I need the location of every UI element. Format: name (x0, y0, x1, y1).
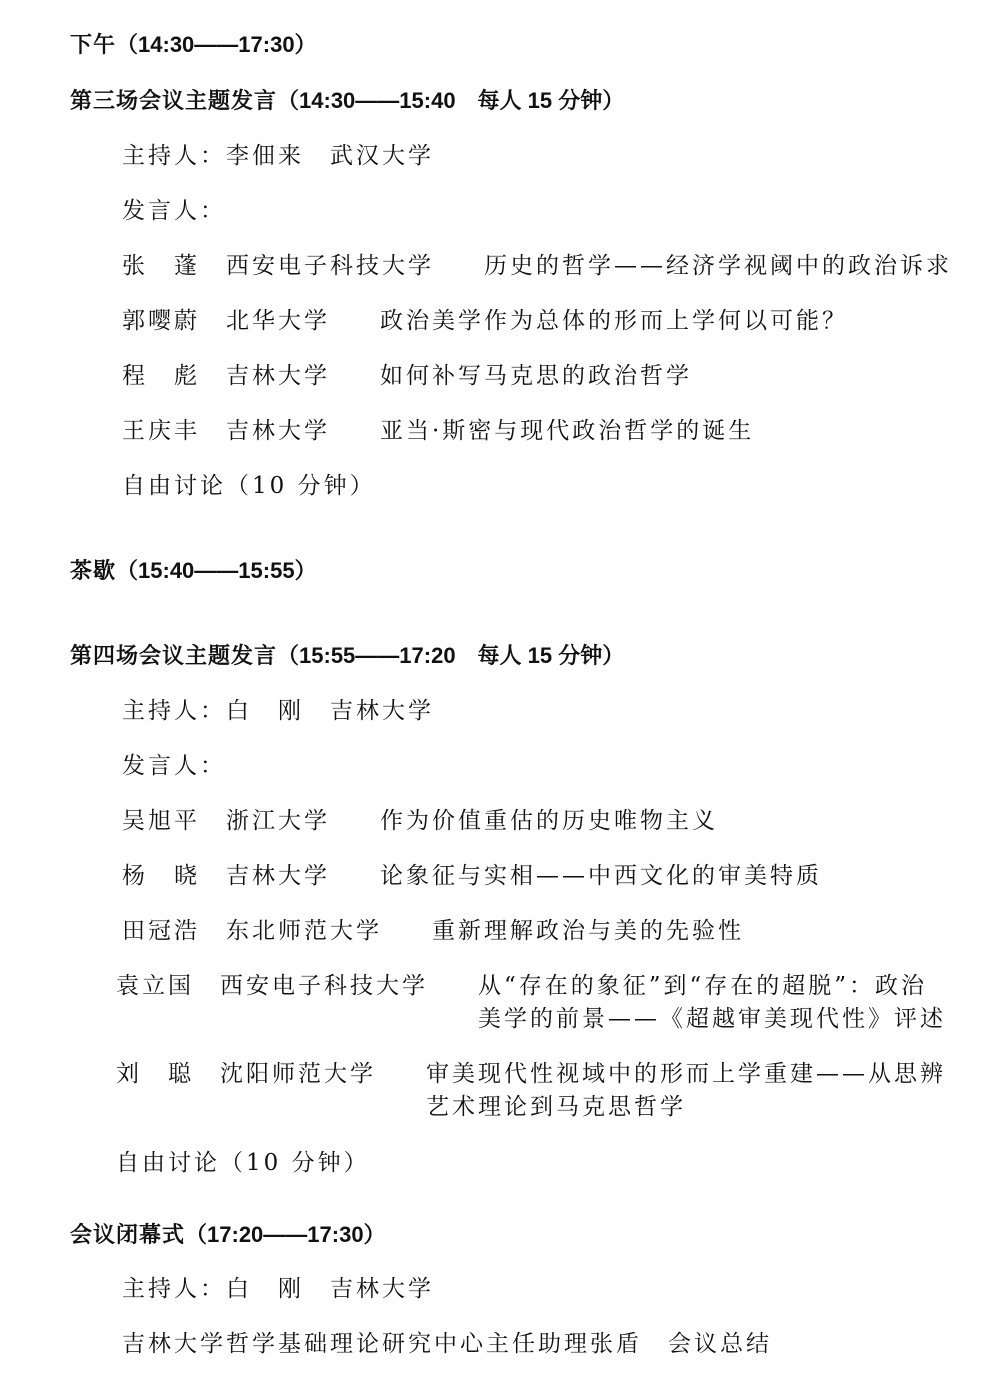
speaker-affiliation: 吉林大学 (226, 861, 330, 891)
session4-host: 主持人：白 刚 吉林大学 (122, 696, 434, 726)
speaker-topic: 重新理解政治与美的先验性 (432, 916, 744, 946)
speaker-affiliation: 吉林大学 (226, 361, 330, 391)
speaker-name: 杨 晓 (122, 861, 200, 891)
closing-title: 会议闭幕式 (70, 1223, 185, 1248)
speaker-name: 田冠浩 (122, 916, 200, 946)
tea-break-label: 茶歇 (70, 559, 116, 584)
session4-time: （15:55——17:20 每人 15 分钟） (277, 643, 624, 668)
speaker-topic-line2: 美学的前景——《超越审美现代性》评述 (478, 1004, 946, 1034)
speaker-topic: 论象征与实相——中西文化的审美特质 (380, 861, 822, 891)
speaker-affiliation: 西安电子科技大学 (226, 251, 434, 281)
speaker-topic: 亚当·斯密与现代政治哲学的诞生 (380, 416, 754, 446)
speaker-topic: 政治美学作为总体的形而上学何以可能？ (380, 306, 848, 336)
speaker-affiliation: 东北师范大学 (226, 916, 382, 946)
speaker-affiliation: 西安电子科技大学 (220, 971, 428, 1001)
closing-heading: 会议闭幕式（17:20——17:30） (70, 1220, 386, 1251)
speaker-topic-line1: 审美现代性视域中的形而上学重建——从思辨 (426, 1059, 946, 1089)
session4-discussion: 自由讨论（10 分钟） (116, 1148, 370, 1178)
tea-break-time: （15:40——15:55） (116, 558, 317, 583)
speaker-affiliation: 沈阳师范大学 (220, 1059, 376, 1089)
speaker-name: 吴旭平 (122, 806, 200, 836)
speaker-name: 程 彪 (122, 361, 200, 391)
session4-speakers-label: 发言人： (122, 751, 226, 781)
session3-time: （14:30——15:40 每人 15 分钟） (277, 88, 624, 113)
speaker-topic: 作为价值重估的历史唯物主义 (380, 806, 718, 836)
afternoon-time: （14:30——17:30） (116, 32, 317, 57)
session3-heading: 第三场会议主题发言（14:30——15:40 每人 15 分钟） (70, 86, 624, 117)
session3-title: 第三场会议主题发言 (70, 89, 277, 114)
closing-time: （17:20——17:30） (185, 1222, 386, 1247)
speaker-name: 袁立国 (116, 971, 194, 1001)
speaker-name: 郭嘤蔚 (122, 306, 200, 336)
tea-break-heading: 茶歇（15:40——15:55） (70, 556, 317, 587)
session4-title: 第四场会议主题发言 (70, 644, 277, 669)
session4-heading: 第四场会议主题发言（15:55——17:20 每人 15 分钟） (70, 641, 624, 672)
speaker-affiliation: 浙江大学 (226, 806, 330, 836)
closing-host: 主持人：白 刚 吉林大学 (122, 1274, 434, 1304)
speaker-topic: 历史的哲学——经济学视阈中的政治诉求 (484, 251, 952, 281)
afternoon-label: 下午 (70, 33, 116, 58)
session3-discussion: 自由讨论（10 分钟） (122, 471, 376, 501)
speaker-topic: 如何补写马克思的政治哲学 (380, 361, 692, 391)
speaker-topic-line2: 艺术理论到马克思哲学 (426, 1092, 686, 1122)
speaker-topic-line1: 从“存在的象征”到“存在的超脱”：政治 (478, 971, 927, 1001)
speaker-name: 王庆丰 (122, 416, 200, 446)
session3-speakers-label: 发言人： (122, 196, 226, 226)
speaker-name: 刘 聪 (116, 1059, 194, 1089)
speaker-affiliation: 吉林大学 (226, 416, 330, 446)
speaker-affiliation: 北华大学 (226, 306, 330, 336)
session3-host: 主持人：李佃来 武汉大学 (122, 141, 434, 171)
afternoon-heading: 下午（14:30——17:30） (70, 30, 317, 61)
closing-summary: 吉林大学哲学基础理论研究中心主任助理张盾 会议总结 (122, 1329, 772, 1359)
speaker-name: 张 蓬 (122, 251, 200, 281)
